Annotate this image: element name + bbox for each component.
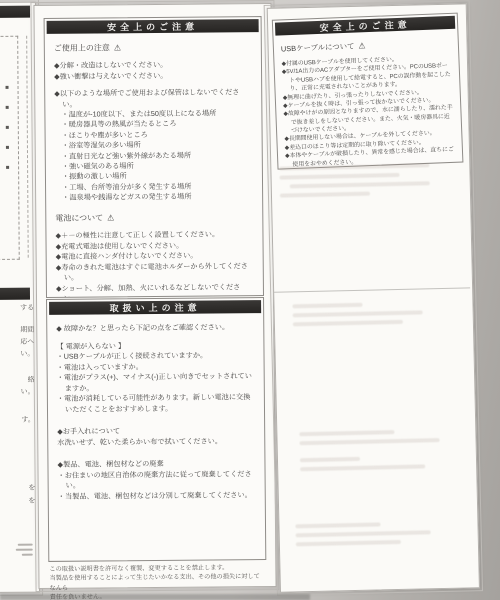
section-title: 安全上のご注意 [107,20,198,34]
section-header-bar: 安全上のご注意 [47,19,259,34]
list-item: を [28,483,35,493]
list-item: ◆寿命のきれた電池はすぐに電池ホルダーから外してください。 [56,261,254,284]
warning-icon: ⚠ [114,43,121,52]
list-item: ・当製品、電池、梱包材などは分別して廃棄してください。 [58,490,256,502]
tiny-text-mark [22,554,33,556]
list-item: ◆強い衝撃は与えないでください。 [54,70,252,82]
list-item: い。 [20,349,34,359]
usage-heading: ご使用上の注意 [54,42,110,53]
care-text: 水洗いせず、乾いた柔らかい布で拭いてください。 [57,436,255,448]
list-item: ・電池が消耗している可能性があります。新しい電池に交換いただくことをおすすめしま… [57,392,255,415]
dashed-line [26,36,29,258]
section-title: 取扱い上の注意 [110,301,201,315]
handling-intro: ◆ 故障かな？と思ったら下記の点をご確認ください。 [56,322,254,334]
fold-crease-line [274,287,470,292]
locations-intro: ◆以下のような場所でご使用および保管はしないでください。 [54,87,252,110]
dashed-box-fragment [0,36,20,261]
bullet-mark [6,166,9,169]
list-item: ・電池がプラス(+)、マイナス(-)正しい向きでセットされていますか。 [57,371,255,394]
scanned-leaflet-photo: する期間応へい。絡い。す。をを 安全上のご注意 ご使用上の注意 ⚠ ◆分解・改造… [0,0,500,600]
showthrough-text [295,521,455,547]
showthrough-text [299,429,460,472]
bullet-mark [6,106,9,109]
warning-icon: ⚠ [107,214,114,223]
section-header-bar-fragment [0,288,30,301]
list-item: 当製品を使用することによって生じたいかなる支出、その他の損失に対してなんら [49,572,263,592]
section-header-bar: 取扱い上の注意 [49,300,261,315]
clipped-text-fragments: する期間応へい。絡い。す。をを [16,303,35,506]
list-item: 期間 [20,325,34,335]
safety-precautions-box: 安全上のご注意 ご使用上の注意 ⚠ ◆分解・改造はしないでください。◆強い衝撃は… [44,16,264,298]
power-items: ・USBケーブルが正しく接続されていますか。・電池は入っていますか。・電池がプラ… [56,350,255,415]
left-leaflet-panel: 安全上のご注意 ご使用上の注意 ⚠ ◆分解・改造はしないでください。◆強い衝撃は… [33,3,276,589]
battery-heading-row: 電池について ⚠ [55,211,253,224]
disposal-items: ・お住まいの地区自治体の廃棄方法に従って廃棄してください。・当製品、電池、梱包材… [58,469,256,502]
section-title: 安全上のご注意 [319,17,410,33]
battery-heading: 電池について [55,213,103,224]
handling-box-content: ◆ 故障かな？と思ったら下記の点をご確認ください。 【 電源が入らない 】 ・U… [47,315,265,506]
list-item: い。 [21,387,35,397]
usage-items: ◆分解・改造はしないでください。◆強い衝撃は与えないでください。 [54,59,252,82]
usb-heading: USBケーブルについて [281,41,355,55]
showthrough-text [279,163,440,198]
right-leaflet-panel: 安全上のご注意 USBケーブルについて ⚠ ◆付属のUSBケーブルを使用してくだ… [267,3,480,592]
tiny-text-mark [16,549,33,551]
bullet-mark [6,126,9,129]
page-edge-shadow [0,594,310,600]
usb-heading-row: USBケーブルについて ⚠ [281,37,451,55]
list-item: す。 [21,415,35,425]
battery-items: ◆＋－の極性に注意して正しく設置してください。◆充電式電池は使用しないでください… [55,229,254,298]
showthrough-text [292,301,452,327]
warning-icon: ⚠ [358,41,366,50]
list-item: ・温泉場や銭湯などガスの発生する場所 [62,191,253,203]
list-item: する [20,303,34,313]
list-item: ・お住まいの地区自治体の廃棄方法に従って廃棄してください。 [58,469,256,492]
bullet-mark [6,86,9,89]
list-item: 絡 [28,375,35,385]
list-item: を [28,496,35,506]
safety-box-content: ご使用上の注意 ⚠ ◆分解・改造はしないでください。◆強い衝撃は与えないでくださ… [45,34,264,298]
bullet-mark [6,146,9,149]
list-item: ◆ショート、分解、加熱、火にいれるなどしないでください。 [56,282,254,298]
location-items: ・温度が-10度以下、または50度以上になる場所・暖房器具等の熱風が当たるところ… [54,108,253,203]
list-item: 応へ [20,337,34,347]
usb-items: ◆付属のUSBケーブルを使用してください。◆5V/1A出力のACアダプターをご使… [281,54,455,169]
tiny-text-mark [18,544,33,546]
usb-safety-box: 安全上のご注意 USBケーブルについて ⚠ ◆付属のUSBケーブルを使用してくだ… [272,13,464,170]
usb-box-content: USBケーブルについて ⚠ ◆付属のUSBケーブルを使用してください。◆5V/1… [273,31,462,170]
handling-precautions-box: 取扱い上の注意 ◆ 故障かな？と思ったら下記の点をご確認ください。 【 電源が入… [46,297,266,562]
usage-heading-row: ご使用上の注意 ⚠ [54,41,252,54]
section-header-bar-fragment [0,6,30,19]
